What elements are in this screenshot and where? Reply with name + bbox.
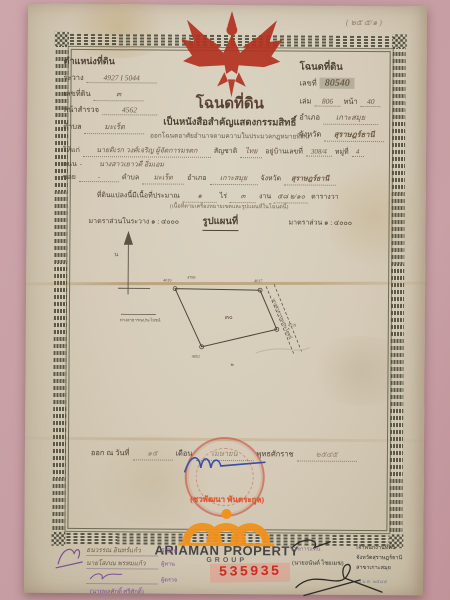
purple-paraph-signature [52, 542, 88, 572]
field-value: เกาะสมุย [336, 113, 365, 122]
field-label: ระวาง [64, 72, 84, 84]
north-arrow-icon [118, 232, 150, 294]
left-stamp-name: (นายพลศักดิ์ ศรีศักดิ์) [90, 586, 144, 596]
field-label: ถนน [63, 159, 77, 170]
black-signature [286, 533, 396, 600]
amphoe-value: เกาะสมุย [220, 174, 247, 182]
checker-role: ผู้ทาน [161, 561, 175, 569]
tambon-value: มะเร็ต [154, 173, 173, 181]
wa-value: ๕๘ ๒/๑๐ [277, 192, 305, 200]
plot-number: ๓๐ [225, 315, 233, 321]
border-corner-rosette [393, 34, 407, 48]
field-label: เลขที่ดิน [63, 88, 90, 100]
area-note: (เนื้อที่ตามเครื่องหมายเขตและรูปแผนที่ใน… [127, 202, 332, 211]
writer-name: ธนวรรณ อินทร์แก้ว [86, 545, 158, 557]
field-label: หน้าสำรวจ [63, 104, 99, 116]
field-label: สัญชาติ [214, 146, 238, 157]
field-value: ๓ [116, 89, 121, 98]
field-land-number: เลขที่ดิน ๓ [63, 88, 143, 102]
issue-year: ๒๕๔๕ [316, 450, 338, 459]
corner-label: 4019 [163, 278, 171, 283]
seal-officer-name: (ชวพัฒนา พันตระกูล) [155, 493, 300, 507]
field-label: หมู่ที่ [335, 147, 349, 158]
corner-label: 4719 [288, 322, 296, 327]
blue-signature [165, 448, 295, 481]
rai-value: ๑ [197, 192, 202, 200]
wa-label: ตารางวา [311, 192, 339, 203]
field-value: สุราษฎร์ธานี [334, 130, 375, 139]
soi-value: - [98, 173, 100, 181]
deed-number-value: 80540 [320, 78, 355, 89]
field-value: 40 [367, 97, 375, 106]
field-value: 4562 [122, 105, 137, 114]
serial-number-stamp: 535935 [210, 563, 290, 583]
field-label: อยู่บ้านเลขที่ [265, 146, 303, 157]
field-value: 4927 I 5044 [104, 73, 140, 82]
grantee-name: นายดิเรก วงศ์เจริญ ผู้จัดการมรดก [96, 146, 197, 155]
field-label: ตำบล [63, 121, 82, 133]
field-label: จังหวัด [260, 173, 281, 184]
province-value: สุราษฎร์ธานี [291, 174, 329, 182]
field-label: เลขที่ [299, 78, 316, 90]
title-deed-document: ( ๒๕ ๕/๑ ) ตำแหน่งที่ดิน ระวาง 4927 I 50… [24, 4, 427, 596]
grantee-line-1: ให้แก่ นายดิเรก วงศ์เจริญ ผู้จัดการมรดก … [63, 145, 364, 159]
rai-label: ไร่ [220, 191, 227, 202]
official-writer-row: ธนวรรณ อินทร์แก้ว ผู้เขียน [86, 545, 177, 557]
border-corner-rosette [55, 32, 69, 46]
position-block-title: ตำแหน่งที่ดิน [64, 54, 115, 68]
ariaman-logo-icon [174, 507, 278, 548]
field-label: ตำบล [122, 172, 139, 183]
field-label: อำเภอ [187, 173, 206, 184]
faint-pencil-scribble [256, 347, 310, 353]
grantee-line-3: ซอย - ตำบล มะเร็ต อำเภอ เกาะสมุย จังหวัด… [63, 172, 336, 186]
below-note: ๒ [231, 362, 234, 368]
examiner-role: ผู้ตรวจ [161, 577, 177, 585]
north-label: น [114, 252, 118, 258]
grantee-line-2: ถนน - นางสาวเยาวดี อิ่มเอม [63, 159, 164, 171]
grantee-name-2: นางสาวเยาวดี อิ่มเอม [99, 159, 164, 170]
field-rawang: ระวาง 4927 I 5044 [64, 72, 157, 85]
road-label: ทางสาธารณประโยชน์ [271, 297, 294, 339]
corner-label: 4017 [254, 278, 262, 283]
issue-prefix: ออก ณ วันที่ [91, 447, 130, 459]
field-deed-number: เลขที่ 80540 [299, 78, 354, 90]
address-value: 308/4 [311, 148, 327, 156]
nationality-value: ไทย [245, 147, 257, 155]
field-label: หน้า [343, 96, 357, 108]
corner-label: 4789 [187, 275, 195, 280]
corner-label: 4852 [192, 354, 200, 359]
neighbor-label: ทางสาธารณประโยชน์ [120, 317, 161, 322]
ngan-value: ๓ [241, 192, 246, 200]
issue-day: ๑๕ [147, 448, 158, 457]
document-subtitle: เป็นหนังสือสำคัญแสดงกรรมสิทธิ์ [122, 114, 337, 131]
plot-map-diagram: น ทางสาธารณประโยชน์ ทางสาธารณประโยชน์ 40… [65, 226, 396, 408]
official-checker-row: นายโสภณ พรหมแก้ว ผู้ทาน [86, 558, 175, 570]
field-label: ให้แก่ [63, 145, 80, 156]
document-subnote: ออกโฉนดอาศัยอำนาจตามความในประมวลกฎหมายที… [122, 130, 337, 142]
moo-value: 4 [356, 148, 360, 156]
field-value: 806 [322, 97, 333, 106]
deed-block-title: โฉนดที่ดิน [300, 60, 343, 75]
road-value: - [80, 160, 82, 168]
examiner-signature [86, 571, 126, 581]
official-examiner-row: ผู้ตรวจ [86, 571, 177, 585]
writer-role: ผู้เขียน [161, 548, 177, 556]
area-prefix: ที่ดินแปลงนี้มีเนื้อที่ประมาณ [97, 190, 180, 202]
field-label: ซอย [63, 172, 76, 183]
checker-name: นายโสภณ พรหมแก้ว [86, 558, 158, 570]
document-title: โฉนดที่ดิน [142, 90, 317, 115]
photo-background: ( ๒๕ ๕/๑ ) ตำแหน่งที่ดิน ระวาง 4927 I 50… [0, 0, 450, 600]
pencil-corner-note: ( ๒๕ ๕/๑ ) [346, 16, 382, 29]
ngan-label: งาน [259, 191, 271, 202]
